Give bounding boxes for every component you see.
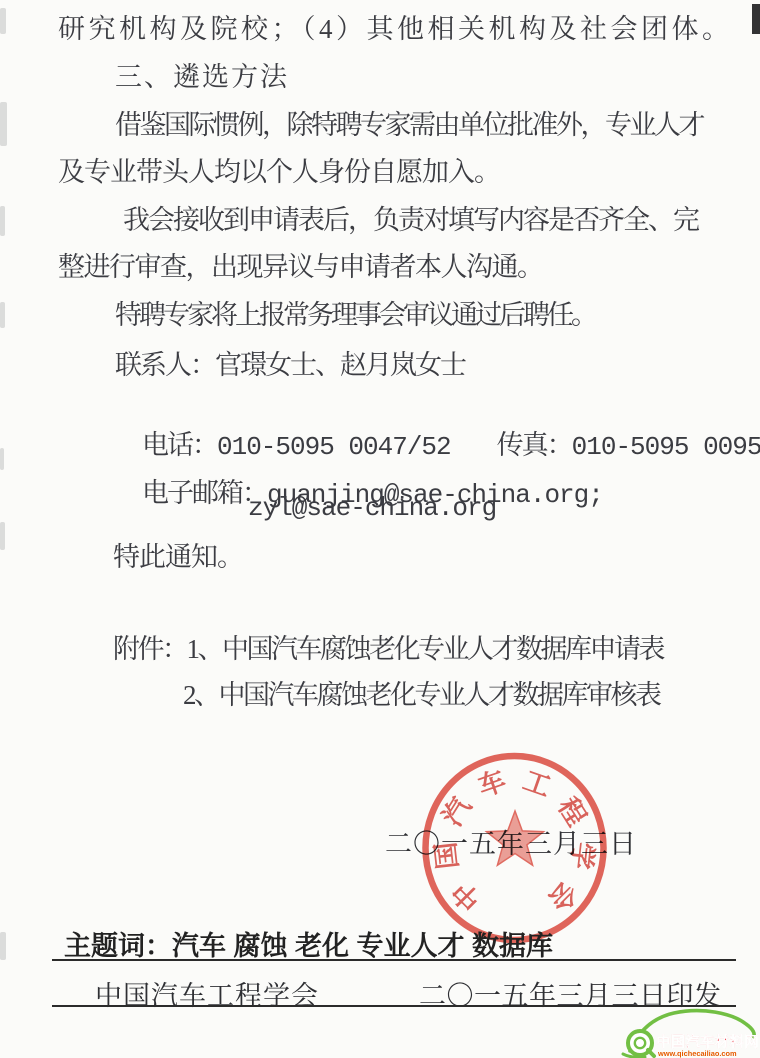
svg-text:学: 学	[566, 841, 599, 871]
scanned-notice-page: 研究机构及院校；（4）其他相关机构及社会团体。 三、遴选方法 借鉴国际惯例，除特…	[0, 0, 760, 1058]
scan-artifact	[0, 302, 5, 328]
scan-artifact	[0, 448, 4, 470]
watermark-site-url: www.qichecailiao.com	[657, 1049, 737, 1058]
scan-artifact	[0, 932, 6, 960]
q-icon-tail	[648, 1050, 654, 1056]
watermark-logo: 中国汽车材料网 www.qichecailiao.com	[620, 1004, 760, 1058]
scan-artifact	[0, 206, 5, 236]
subject-keywords-line: 主题词：汽车 腐蚀 老化 专业人才 数据库	[64, 924, 553, 963]
svg-text:工: 工	[519, 765, 554, 802]
scan-artifact	[752, 4, 760, 34]
divider-line	[52, 959, 736, 961]
scan-artifact	[0, 522, 5, 550]
svg-text:车: 车	[474, 765, 509, 802]
scan-artifact	[0, 102, 7, 146]
svg-text:国: 国	[431, 841, 464, 871]
official-seal: 中国汽车工程学会	[0, 0, 760, 1058]
q-icon-inner	[635, 1038, 645, 1048]
issuing-organization: 中国汽车工程学会	[95, 974, 319, 1013]
scan-artifact	[0, 8, 6, 34]
seal-star-icon	[487, 811, 544, 865]
